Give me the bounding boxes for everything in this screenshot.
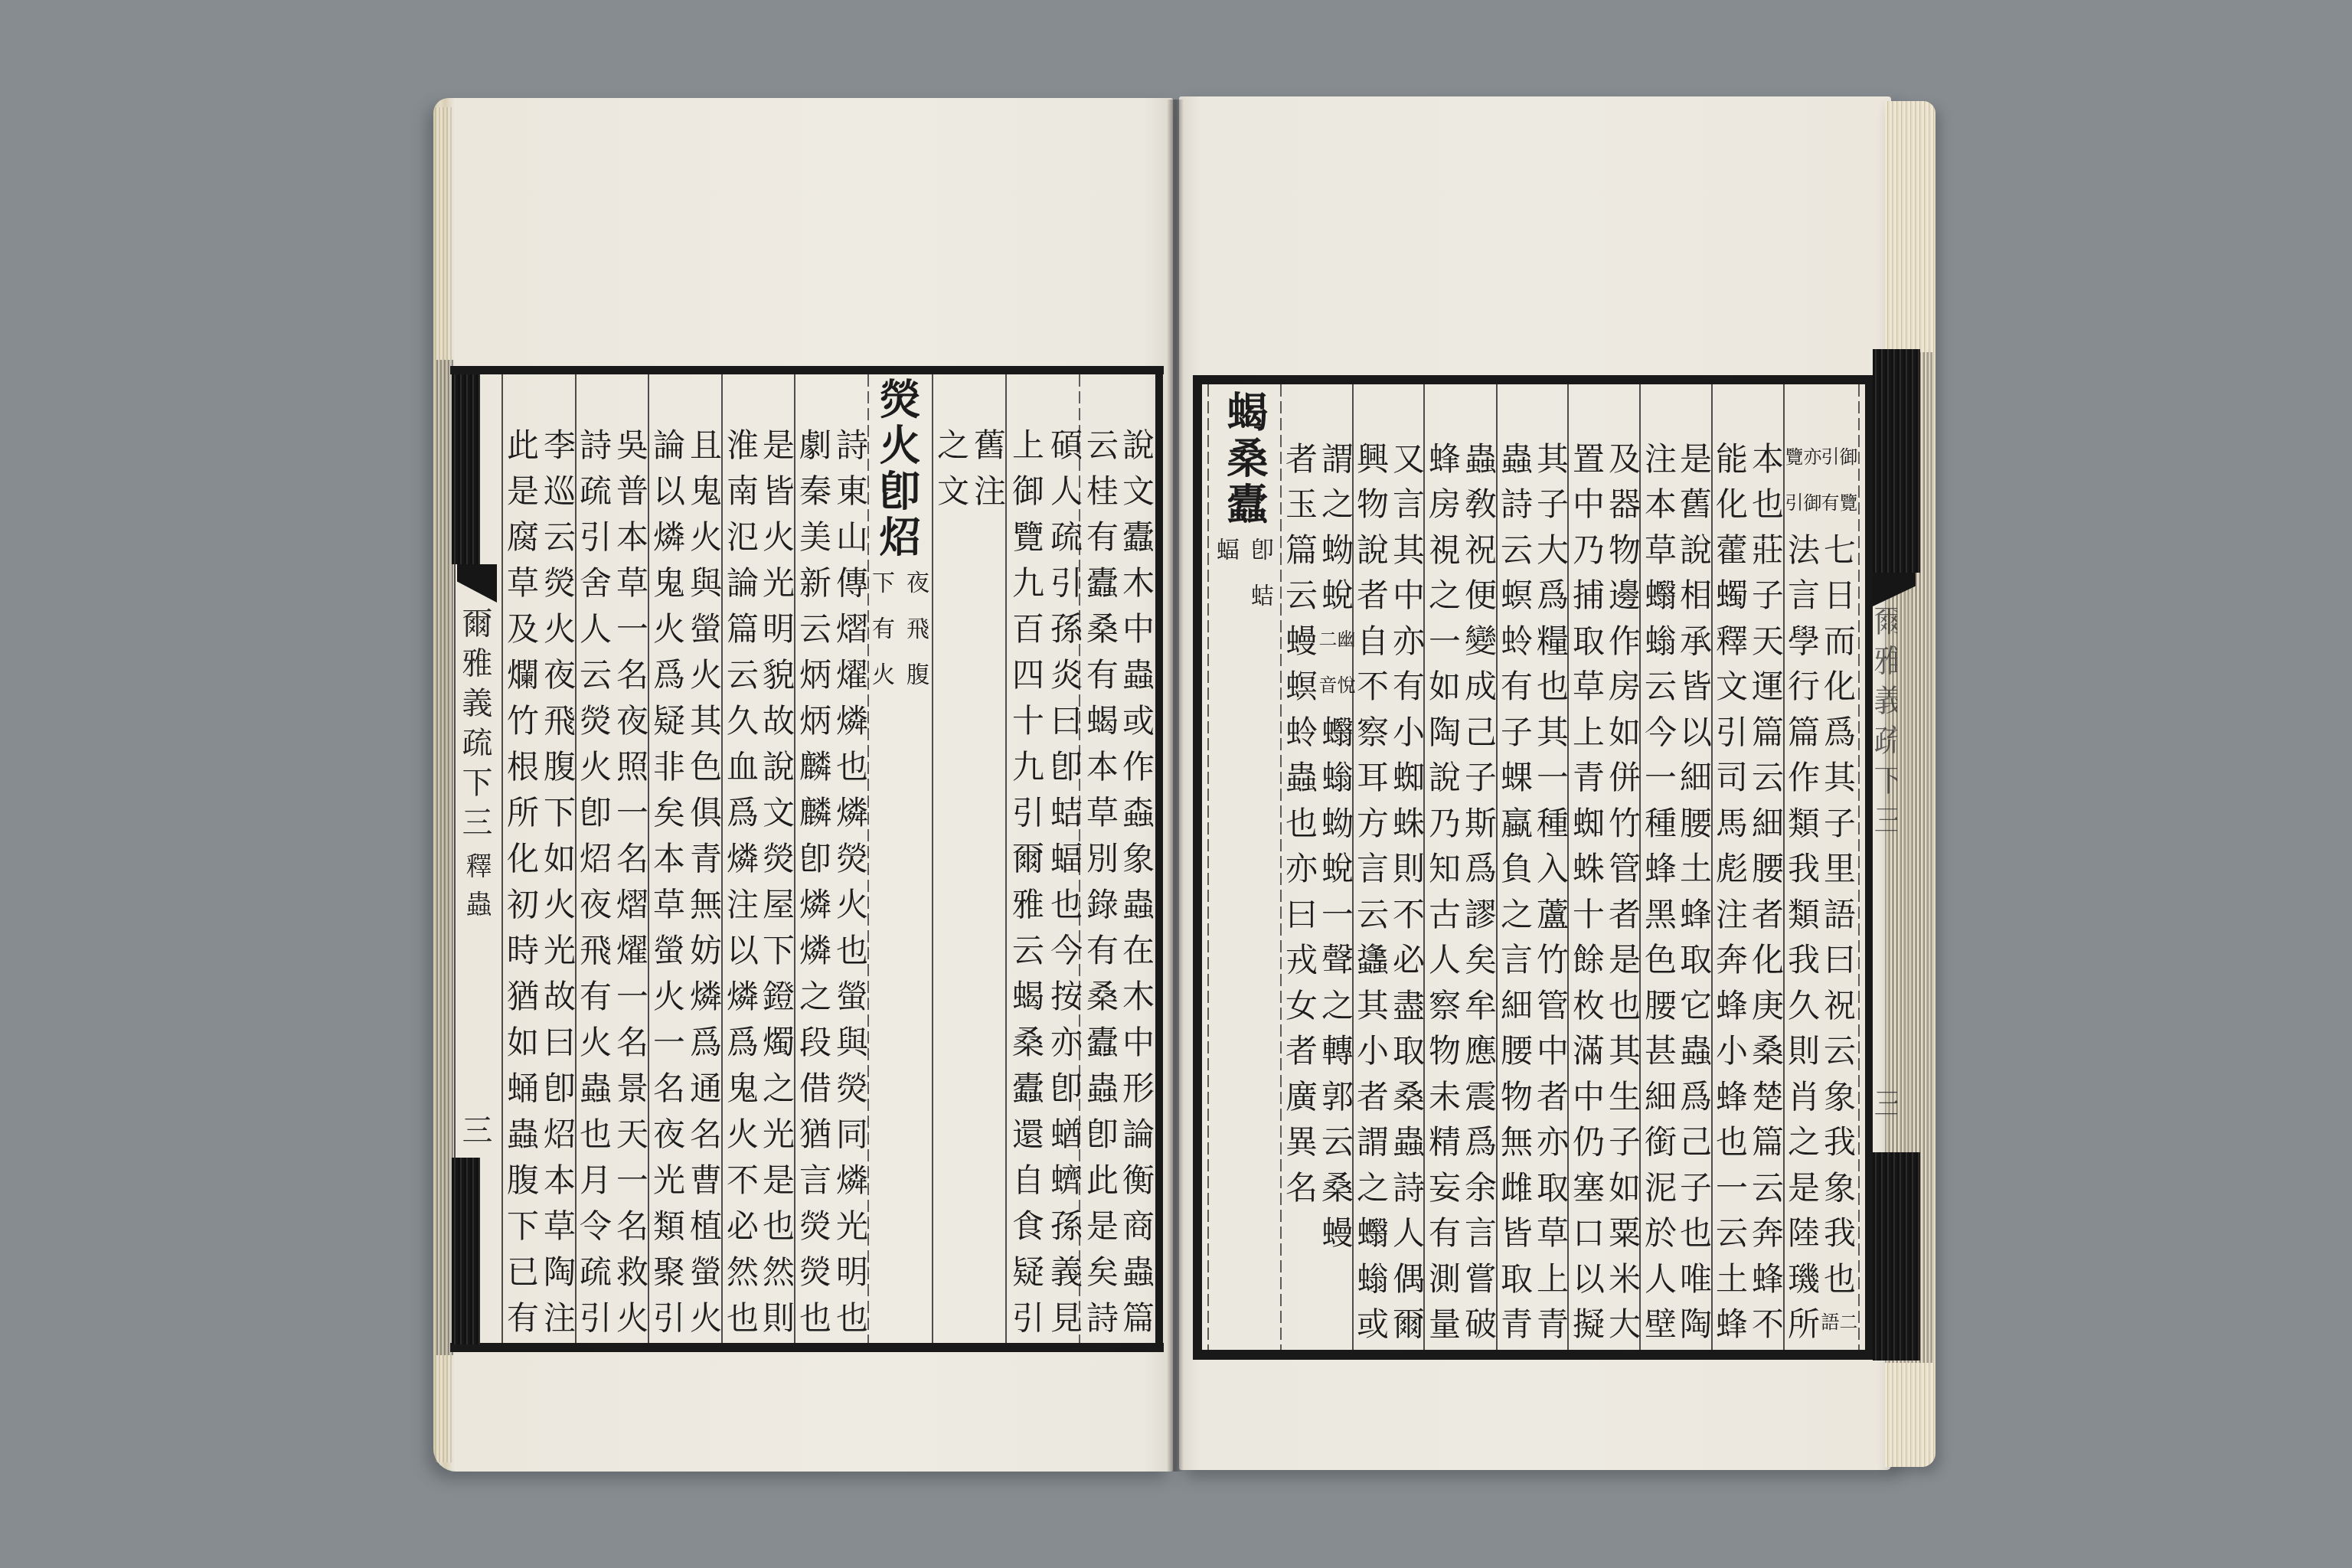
book-gutter-shadow [1167,100,1184,1472]
commentary-column: 及器物邊作房如併竹管者是也其生子如粟米大 [1604,442,1641,1353]
entry-gloss-note: 卽蛣 蝠 [1208,537,1277,629]
commentary-column: 者玉篇云蟃螟蛉蟲也亦曰戎女者廣異名 [1281,442,1318,1217]
commentary-column: 本也莊子天運篇云細腰者化庚桑楚篇云奔蜂不 [1747,442,1784,1353]
note-left-subcolumn: 語 [1819,1312,1837,1358]
left-margin-page-number: 三 [458,1114,492,1154]
right-frame-left-border [1193,375,1202,1360]
left-banxin-black-mouth-bottom [452,1158,480,1344]
note-right-subcolumn: 幽悅 [1335,629,1354,720]
right-margin-title-clip: 爾雅義疏下三 [1874,605,1897,1034]
commentary-column: 吳普本草一名夜照一名熠燿一名景天一名救火 [612,428,648,1347]
inline-note: 亦御 覽引 [1783,447,1820,538]
commentary-column: 謂之蚴蛻 [1317,442,1354,624]
gloss-right-subcolumn: 卽蛣 [1243,537,1277,629]
commentary-column: 此是腐草及爛竹根所化初時猶如蛹蟲腹下已有 [502,428,539,1347]
right-margin-page-clip: 三 [1874,1087,1897,1133]
commentary-column: 李巡云熒火夜飛腹下如火光故曰卽炤本草陶注 [539,428,576,1347]
gloss-left-subcolumn: 蝠 [1208,537,1243,629]
text-column: 之文 [933,428,969,520]
right-banxin-black-mouth-top [1873,349,1920,573]
text-column: 上御覽九百四十九引爾雅云蝎桑蠹還自食疑引 [1008,428,1044,1347]
commentary-column: 詩東山傳熠燿燐也燐熒火也螢與熒同燐光明也 [831,428,868,1347]
inline-note: 幽悅 二音 [1317,629,1354,720]
left-banxin-black-mouth-top [452,374,480,564]
commentary-column: 又言其中亦有小蜘蛛則不必盡取桑蟲詩人偶爾 [1388,442,1425,1353]
left-frame-right-border [1155,366,1163,1352]
commentary-column: 詩疏引舍人云熒火卽炤夜飛有火蟲也月令疏引 [575,428,612,1347]
commentary-column: 是皆火光明貌故說文熒屋下鐙燭之光是也然則 [758,428,795,1347]
commentary-column: 淮南氾論篇云久血爲燐注以燐爲鬼火不必然也 [722,428,759,1347]
commentary-column: 法言學行篇作類我類我久則肖之是陸璣所 [1783,533,1820,1353]
commentary-column: 能化藿蠋釋文引司馬彪注奔蜂小蜂也一云土蜂 [1711,442,1748,1353]
inline-note: 御覽 引有 [1819,447,1856,538]
note-left-subcolumn: 二音 [1317,629,1335,720]
commentary-column: 注本草蠮螉云今一種蜂黑色腰甚細銜泥於人壁 [1640,442,1677,1353]
commentary-column: 論以燐鬼火爲疑非矣本草螢火一名夜光類聚引 [648,428,685,1347]
commentary-column: 其子大爲糧也其一種入蘆竹管中者亦取草上青 [1532,442,1569,1353]
entry-gloss-note: 夜飛腹 下有火 [864,570,933,708]
inline-note: 二 語 [1819,1312,1856,1358]
commentary-column: 蟲詩云螟蛉有子蜾蠃負之言細腰物無雌皆取青 [1496,442,1533,1353]
text-column: 舊注 [969,428,1006,520]
note-left-subcolumn: 覽引 [1783,447,1802,538]
left-margin-section: 釋蟲 [459,852,493,929]
left-margin-book-title: 爾雅義疏下三 [458,607,492,846]
commentary-column: 蠮螉蚴蛻一聲之轉郭云桑蟃 [1317,715,1354,1262]
entry-heading: 熒火卽炤 [876,377,919,561]
right-column-rule [1207,384,1209,1350]
text-column: 碩人疏引孫炎曰卽蛣蝠也今按亦卽蝤蠐孫義見 [1046,428,1083,1347]
right-frame-top-border [1193,375,1874,384]
commentary-column: 蜂房視之一如陶說乃知古人察物未精妄有測量 [1424,442,1461,1353]
commentary-column: 置中乃捕取草上青蜘蛛十餘枚滿中仍塞口以擬 [1568,442,1605,1353]
note-right-subcolumn: 亦御 [1802,447,1820,538]
commentary-column: 蟲敎祝便變成己子斯爲謬矣牟應震爲余言嘗破 [1460,442,1497,1353]
commentary-column: 興物說者自不察耳方言云蠭其小者謂之蠮螉或 [1352,442,1389,1353]
text-column: 說文蠹木中蟲或作螙象蟲在木中形論衡商蟲篇 [1118,428,1155,1347]
commentary-column: 且鬼火與螢火其色俱青無妨燐爲通名曹植螢火 [685,428,722,1347]
right-margin-page-number: 三 [1874,1087,1897,1127]
gloss-right-subcolumn: 夜飛腹 [898,570,933,708]
commentary-column: 是舊說相承皆以細腰土蜂取它蟲爲己子也唯陶 [1675,442,1712,1353]
entry-heading: 蝎桑蠹 [1223,390,1266,528]
right-frame-right-border [1865,375,1873,1360]
right-column-rule [1858,384,1860,1350]
note-right-subcolumn: 二 [1837,1312,1856,1358]
left-frame-top-border [450,366,1164,374]
commentary-column: 劇秦美新云炳炳麟麟卽燐燐之段借猶言熒熒也 [795,428,831,1347]
note-left-subcolumn: 引有 [1819,447,1837,538]
right-banxin-black-mouth-bottom [1873,1152,1920,1361]
left-page-edge-ink-smudge [436,360,453,1355]
note-right-subcolumn: 御覽 [1837,447,1856,538]
commentary-column: 七日而化爲其子里語曰祝云象我象我也 [1819,533,1856,1308]
right-margin-book-title: 爾雅義疏下三 [1874,605,1897,844]
text-column: 云桂有蠹桑有蝎本草別錄有桑蠹蟲卽此是矣詩 [1082,428,1119,1347]
